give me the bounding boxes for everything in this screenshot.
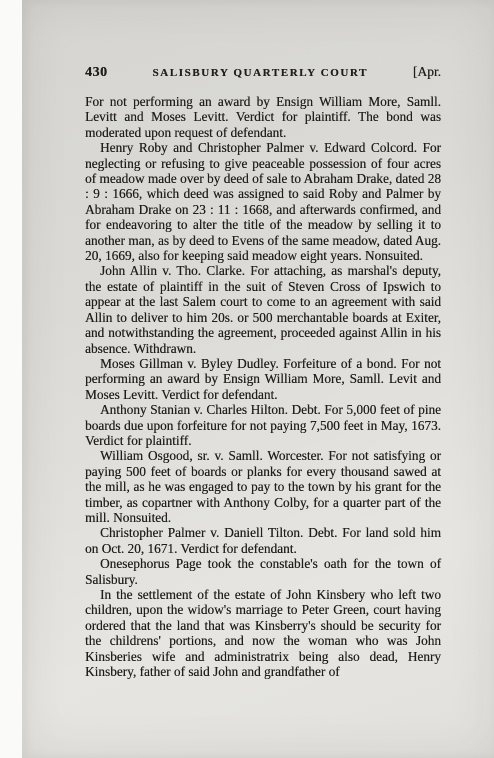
running-title: SALISBURY QUARTERLY COURT [152, 67, 368, 79]
page-content: 430 SALISBURY QUARTERLY COURT [Apr. For … [85, 64, 441, 679]
paragraph: In the settlement of the estate of John … [85, 587, 441, 679]
paragraph: For not performing an award by Ensign Wi… [85, 94, 441, 140]
scan-left-margin [0, 0, 22, 758]
scanned-book-page: 430 SALISBURY QUARTERLY COURT [Apr. For … [0, 0, 494, 758]
paragraph: Christopher Palmer v. Daniell Tilton. De… [85, 525, 441, 556]
issue-date-marker: [Apr. [413, 64, 441, 80]
running-head: 430 SALISBURY QUARTERLY COURT [Apr. [85, 64, 441, 81]
paragraph: Anthony Stanian v. Charles Hilton. Debt.… [85, 402, 441, 448]
paragraph: William Osgood, sr. v. Samll. Worcester.… [85, 448, 441, 525]
paragraph: Onesephorus Page took the constable's oa… [85, 556, 441, 587]
paragraph: Henry Roby and Christopher Palmer v. Edw… [85, 140, 441, 263]
page-number: 430 [85, 65, 108, 81]
page-text: For not performing an award by Ensign Wi… [85, 94, 441, 679]
paragraph: Moses Gillman v. Byley Dudley. Forfeitur… [85, 356, 441, 402]
paragraph: John Allin v. Tho. Clarke. For attaching… [85, 263, 441, 355]
